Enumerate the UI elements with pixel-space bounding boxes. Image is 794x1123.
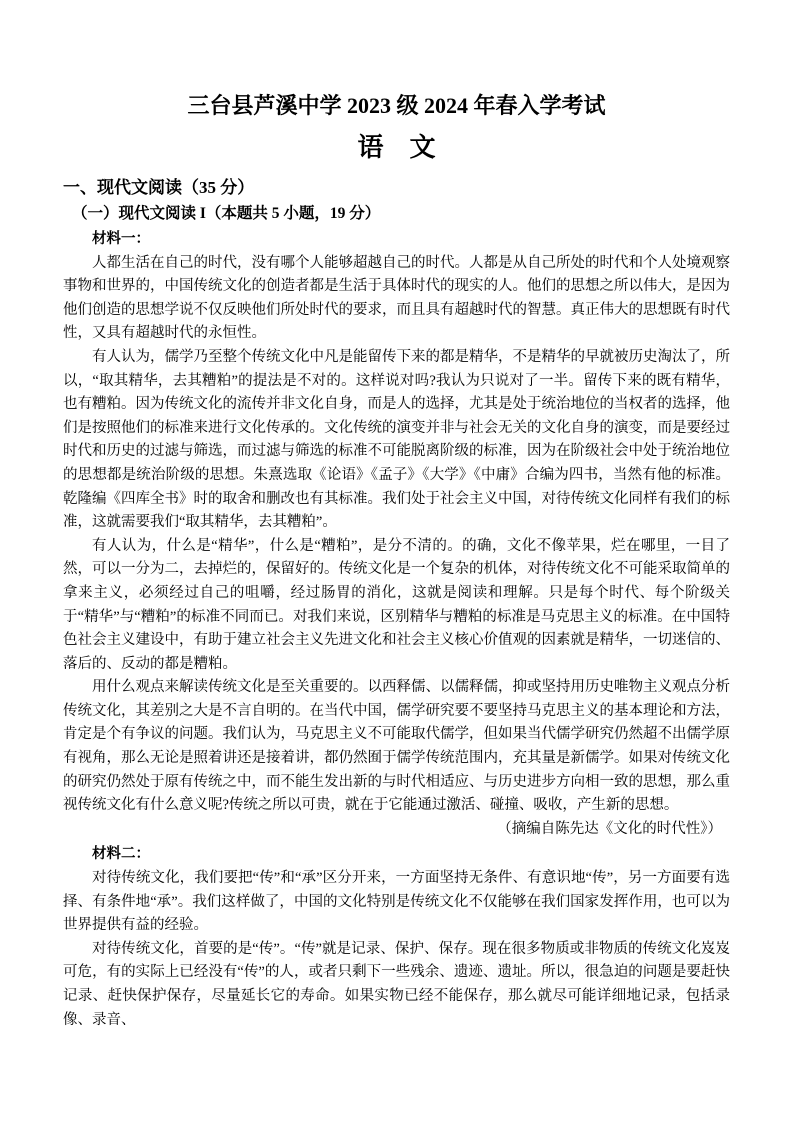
material-2-paragraph-2: 对待传统文化，首要的是“传”。“传”就是记录、保护、保存。现在很多物质或非物质的… bbox=[63, 938, 730, 1032]
exam-document-page: 三台县芦溪中学 2023 级 2024 年春入学考试 语 文 一、现代文阅读（3… bbox=[0, 0, 794, 1123]
material-2-label: 材料二： bbox=[63, 843, 730, 867]
subject-title: 语 文 bbox=[63, 132, 730, 164]
material-1-paragraph-1: 人都生活在自己的时代，没有哪个人能够超越自己的时代。人都是从自己所处的时代和个人… bbox=[63, 252, 730, 346]
section-heading-modern-text-reading: 一、现代文阅读（35 分） bbox=[63, 176, 730, 200]
material-1-label: 材料一： bbox=[63, 228, 730, 252]
material-2-paragraph-1: 对待传统文化，我们要把“传”和“承”区分开来，一方面坚持无条件、有意识地“传”，… bbox=[63, 867, 730, 938]
material-1-paragraph-2: 有人认为，儒学乃至整个传统文化中凡是能留传下来的都是精华，不是精华的早就被历史淘… bbox=[63, 346, 730, 535]
material-1-source-attribution: （摘编自陈先达《文化的时代性》） bbox=[63, 818, 730, 842]
material-1-paragraph-4: 用什么观点来解读传统文化是至关重要的。以西释儒、以儒释儒，抑或坚持用历史唯物主义… bbox=[63, 676, 730, 818]
material-1-paragraph-3: 有人认为，什么是“精华”，什么是“糟粕”，是分不清的。的确，文化不像苹果，烂在哪… bbox=[63, 535, 730, 677]
subsection-heading-reading-1: （一）现代文阅读 I（本题共 5 小题，19 分） bbox=[63, 202, 730, 226]
exam-title: 三台县芦溪中学 2023 级 2024 年春入学考试 bbox=[63, 92, 730, 120]
